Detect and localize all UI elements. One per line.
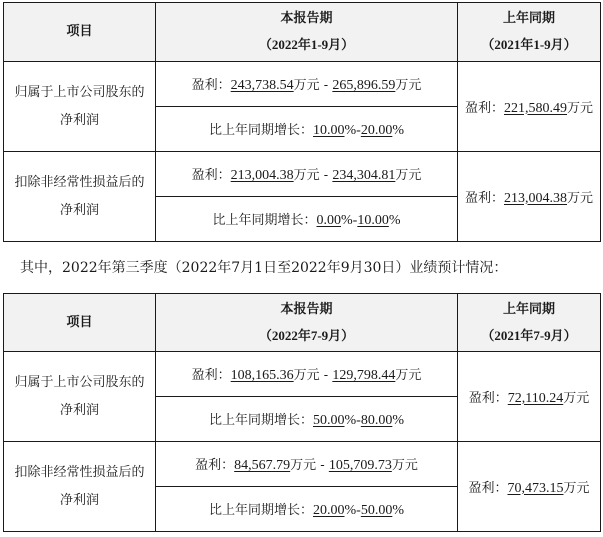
prior-prefix: 盈利： — [465, 101, 504, 116]
range-dash: - — [320, 168, 333, 183]
unit: 万元 — [392, 458, 418, 473]
profit-prefix: 盈利： — [192, 368, 231, 383]
profit-low: 243,738.54 — [231, 78, 294, 93]
unit: 万元 — [294, 168, 320, 183]
row-item-label: 归属于上市公司股东的 净利润 — [4, 352, 156, 442]
growth-suffix: % — [392, 123, 404, 138]
unit: 万元 — [395, 368, 421, 383]
growth-high: 80.00 — [361, 413, 393, 428]
header-current-title: 本报告期 — [156, 297, 457, 323]
table-row: 扣除非经常性损益后的 净利润 盈利：213,004.38万元 - 234,304… — [4, 152, 601, 197]
prior-profit: 盈利：72,110.24万元 — [458, 352, 601, 442]
growth-range: 比上年同期增长：20.00%-50.00% — [156, 487, 458, 532]
q3-caption: 其中，2022年第三季度（2022年7月1日至2022年9月30日）业绩预计情况… — [20, 258, 507, 278]
growth-suffix: % — [392, 413, 404, 428]
growth-high: 50.00 — [361, 503, 393, 518]
forecast-table-ytd: 项目 本报告期 （2022年1-9月） 上年同期 （2021年1-9月） 归属于… — [3, 2, 601, 242]
prior-profit: 盈利：213,004.38万元 — [458, 152, 601, 242]
header-prior-period: 上年同期 （2021年1-9月） — [458, 3, 601, 62]
row-item-label: 归属于上市公司股东的 净利润 — [4, 62, 156, 152]
profit-range: 盈利：84,567.79万元 - 105,709.73万元 — [156, 442, 458, 487]
unit: 万元 — [564, 481, 590, 496]
header-item: 项目 — [4, 294, 156, 352]
growth-prefix: 比上年同期增长： — [212, 213, 316, 228]
prior-value: 70,473.15 — [508, 481, 564, 496]
profit-low: 84,567.79 — [234, 458, 290, 473]
range-dash: - — [316, 458, 329, 473]
growth-low: 50.00 — [313, 413, 345, 428]
header-item: 项目 — [4, 3, 156, 62]
header-current-title: 本报告期 — [156, 6, 457, 32]
item-line: 归属于上市公司股东的 — [4, 79, 155, 107]
profit-range: 盈利：243,738.54万元 - 265,896.59万元 — [156, 62, 458, 107]
item-line: 归属于上市公司股东的 — [4, 369, 155, 397]
growth-sep: %- — [345, 123, 361, 138]
table-row: 归属于上市公司股东的 净利润 盈利：108,165.36万元 - 129,798… — [4, 352, 601, 397]
item-line: 净利润 — [4, 197, 155, 225]
header-prior-title: 上年同期 — [458, 6, 600, 32]
header-prior-title: 上年同期 — [458, 297, 600, 323]
profit-high: 265,896.59 — [332, 78, 395, 93]
growth-suffix: % — [392, 503, 404, 518]
growth-high: 10.00 — [357, 213, 389, 228]
prior-prefix: 盈利： — [468, 481, 507, 496]
header-row: 项目 本报告期 （2022年7-9月） 上年同期 （2021年7-9月） — [4, 294, 601, 352]
prior-profit: 盈利：221,580.49万元 — [458, 62, 601, 152]
growth-prefix: 比上年同期增长： — [209, 503, 313, 518]
header-current-period: 本报告期 （2022年7-9月） — [156, 294, 458, 352]
header-prior-period: 上年同期 （2021年7-9月） — [458, 294, 601, 352]
profit-low: 213,004.38 — [231, 168, 294, 183]
header-current-period: 本报告期 （2022年1-9月） — [156, 3, 458, 62]
growth-prefix: 比上年同期增长： — [209, 413, 313, 428]
item-line: 净利润 — [4, 107, 155, 135]
table-row: 扣除非经常性损益后的 净利润 盈利：84,567.79万元 - 105,709.… — [4, 442, 601, 487]
range-dash: - — [320, 368, 333, 383]
profit-high: 105,709.73 — [329, 458, 392, 473]
header-current-range: （2022年7-9月） — [156, 323, 457, 349]
profit-high: 234,304.81 — [332, 168, 395, 183]
item-line: 扣除非经常性损益后的 — [4, 169, 155, 197]
prior-profit: 盈利：70,473.15万元 — [458, 442, 601, 532]
growth-low: 20.00 — [313, 503, 345, 518]
profit-prefix: 盈利： — [195, 458, 234, 473]
growth-prefix: 比上年同期增长： — [209, 123, 313, 138]
unit: 万元 — [567, 101, 593, 116]
unit: 万元 — [290, 458, 316, 473]
growth-low: 0.00 — [317, 213, 342, 228]
unit: 万元 — [567, 191, 593, 206]
prior-prefix: 盈利： — [465, 191, 504, 206]
growth-sep: %- — [345, 503, 361, 518]
profit-high: 129,798.44 — [332, 368, 395, 383]
header-current-range: （2022年1-9月） — [156, 32, 457, 58]
profit-low: 108,165.36 — [231, 368, 294, 383]
row-item-label: 扣除非经常性损益后的 净利润 — [4, 442, 156, 532]
prior-value: 221,580.49 — [504, 101, 567, 116]
unit: 万元 — [563, 391, 589, 406]
item-line: 净利润 — [4, 487, 155, 515]
prior-value: 213,004.38 — [504, 191, 567, 206]
header-prior-range: （2021年7-9月） — [458, 323, 600, 349]
growth-range: 比上年同期增长：0.00%-10.00% — [156, 197, 458, 242]
growth-sep: %- — [341, 213, 357, 228]
unit: 万元 — [395, 168, 421, 183]
profit-range: 盈利：213,004.38万元 - 234,304.81万元 — [156, 152, 458, 197]
range-dash: - — [320, 78, 333, 93]
profit-prefix: 盈利： — [192, 168, 231, 183]
item-line: 扣除非经常性损益后的 — [4, 459, 155, 487]
header-row: 项目 本报告期 （2022年1-9月） 上年同期 （2021年1-9月） — [4, 3, 601, 62]
item-line: 净利润 — [4, 397, 155, 425]
prior-prefix: 盈利： — [469, 391, 508, 406]
growth-high: 20.00 — [361, 123, 393, 138]
unit: 万元 — [294, 78, 320, 93]
row-item-label: 扣除非经常性损益后的 净利润 — [4, 152, 156, 242]
table-row: 归属于上市公司股东的 净利润 盈利：243,738.54万元 - 265,896… — [4, 62, 601, 107]
growth-suffix: % — [389, 213, 401, 228]
profit-range: 盈利：108,165.36万元 - 129,798.44万元 — [156, 352, 458, 397]
growth-sep: %- — [345, 413, 361, 428]
growth-range: 比上年同期增长：50.00%-80.00% — [156, 397, 458, 442]
unit: 万元 — [395, 78, 421, 93]
prior-value: 72,110.24 — [508, 391, 563, 406]
profit-prefix: 盈利： — [192, 78, 231, 93]
header-prior-range: （2021年1-9月） — [458, 32, 600, 58]
growth-range: 比上年同期增长：10.00%-20.00% — [156, 107, 458, 152]
unit: 万元 — [294, 368, 320, 383]
forecast-table-q3: 项目 本报告期 （2022年7-9月） 上年同期 （2021年7-9月） 归属于… — [3, 293, 601, 532]
growth-low: 10.00 — [313, 123, 345, 138]
